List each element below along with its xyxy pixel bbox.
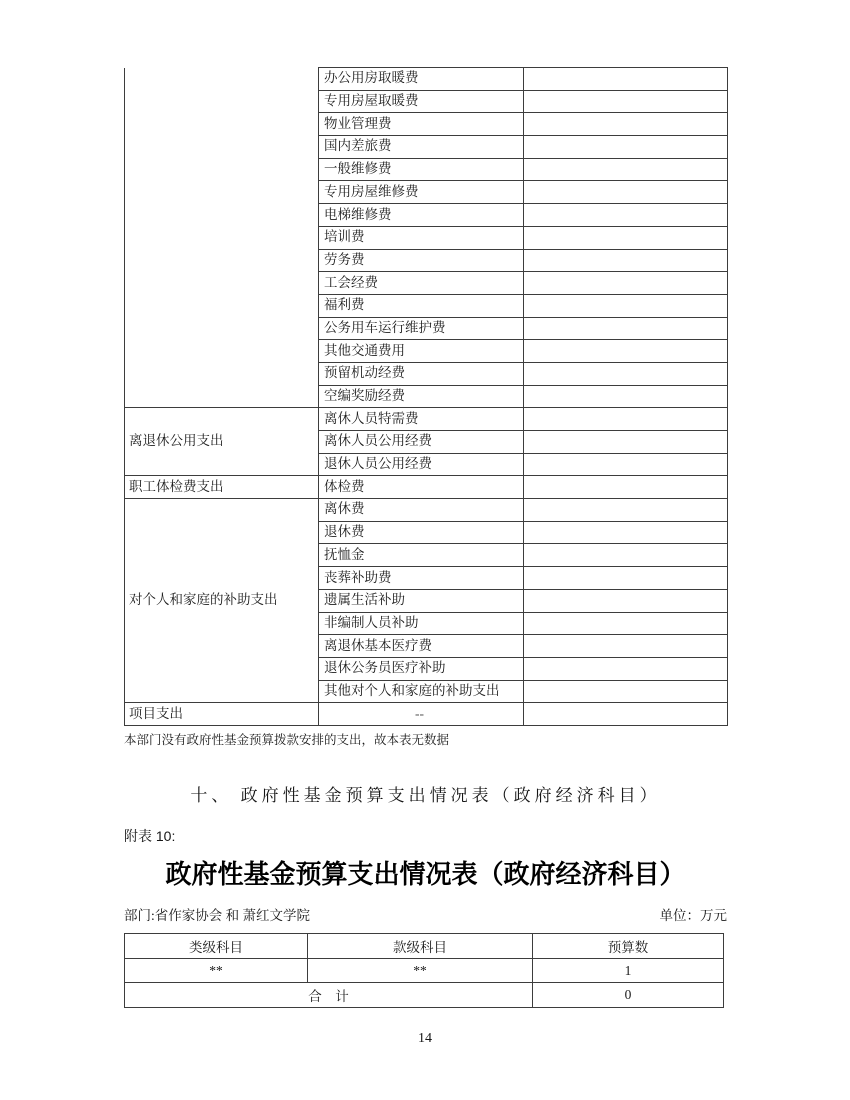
value-cell: [524, 544, 728, 567]
value-cell: [524, 294, 728, 317]
total-label-cell: 合 计: [125, 983, 533, 1008]
value-cell: [524, 249, 728, 272]
expense-continuation-table: 办公用房取暖费 专用房屋取暖费 物业管理费 国内差旅费 一般维修费 专用房屋维修…: [124, 67, 728, 726]
expense-item: 退休人员公用经费: [319, 453, 524, 476]
category-cell: [125, 68, 319, 408]
expense-item: 办公用房取暖费: [319, 68, 524, 91]
expense-item: 非编制人员补助: [319, 612, 524, 635]
expense-item: 空编奖励经费: [319, 385, 524, 408]
expense-item: 离退休基本医疗费: [319, 635, 524, 658]
class-subject-cell: **: [125, 958, 308, 983]
expense-item: 其他对个人和家庭的补助支出: [319, 680, 524, 703]
value-cell: [524, 385, 728, 408]
value-cell: [524, 340, 728, 363]
value-cell: [524, 113, 728, 136]
expense-item: 一般维修费: [319, 158, 524, 181]
budget-value-cell: 1: [533, 958, 724, 983]
table-row: 职工体检费支出 体检费: [125, 476, 728, 499]
expense-item: 丧葬补助费: [319, 567, 524, 590]
value-cell: [524, 68, 728, 91]
unit-label: 单位：万元: [660, 904, 728, 924]
expense-item: 工会经费: [319, 272, 524, 295]
table-header-row: 类级科目 款级科目 预算数: [125, 934, 724, 959]
expense-item: 专用房屋维修费: [319, 181, 524, 204]
value-cell: [524, 431, 728, 454]
expense-item: 抚恤金: [319, 544, 524, 567]
value-cell: [524, 181, 728, 204]
value-cell: [524, 226, 728, 249]
expense-item: 离休人员特需费: [319, 408, 524, 431]
column-header: 款级科目: [308, 934, 533, 959]
table-title: 政府性基金预算支出情况表（政府经济科目）: [124, 854, 727, 891]
value-cell: [524, 408, 728, 431]
expense-item: 公务用车运行维护费: [319, 317, 524, 340]
total-row: 合 计 0: [125, 983, 724, 1008]
category-cell: 对个人和家庭的补助支出: [125, 499, 319, 703]
column-header: 类级科目: [125, 934, 308, 959]
expense-item: 劳务费: [319, 249, 524, 272]
fund-budget-table: 类级科目 款级科目 预算数 ** ** 1 合 计 0: [124, 933, 724, 1008]
expense-item: 退休公务员医疗补助: [319, 657, 524, 680]
total-value-cell: 0: [533, 983, 724, 1008]
value-cell: [524, 680, 728, 703]
expense-item: 退休费: [319, 521, 524, 544]
expense-item: 遗属生活补助: [319, 589, 524, 612]
value-cell: [524, 476, 728, 499]
value-cell: [524, 158, 728, 181]
table-row: 离退休公用支出 离休人员特需费: [125, 408, 728, 431]
value-cell: [524, 453, 728, 476]
table-row: 对个人和家庭的补助支出 离休费: [125, 499, 728, 522]
value-cell: [524, 521, 728, 544]
value-cell: [524, 635, 728, 658]
table-row: ** ** 1: [125, 958, 724, 983]
value-cell: [524, 703, 728, 726]
no-data-note: 本部门没有政府性基金预算拨款安排的支出，故本表无数据: [124, 730, 449, 748]
expense-item: 电梯维修费: [319, 204, 524, 227]
department-label: 部门:省作家协会 和 萧红文学院: [124, 904, 310, 924]
expense-item: 预留机动经费: [319, 362, 524, 385]
expense-item: 福利费: [319, 294, 524, 317]
value-cell: [524, 204, 728, 227]
value-cell: [524, 90, 728, 113]
expense-item: --: [319, 703, 524, 726]
expense-item: 体检费: [319, 476, 524, 499]
item-subject-cell: **: [308, 958, 533, 983]
expense-item: 培训费: [319, 226, 524, 249]
value-cell: [524, 589, 728, 612]
expense-item: 离休费: [319, 499, 524, 522]
value-cell: [524, 657, 728, 680]
annex-label: 附表 10:: [124, 826, 175, 846]
value-cell: [524, 317, 728, 340]
expense-item: 专用房屋取暖费: [319, 90, 524, 113]
category-cell: 离退休公用支出: [125, 408, 319, 476]
expense-item: 国内差旅费: [319, 136, 524, 159]
value-cell: [524, 567, 728, 590]
document-page: 办公用房取暖费 专用房屋取暖费 物业管理费 国内差旅费 一般维修费 专用房屋维修…: [0, 0, 850, 1100]
table-row: 项目支出 --: [125, 703, 728, 726]
expense-item: 离休人员公用经费: [319, 431, 524, 454]
section-heading: 十、 政府性基金预算支出情况表（政府经济科目）: [124, 781, 727, 806]
table-row: 办公用房取暖费: [125, 68, 728, 91]
meta-line: 部门:省作家协会 和 萧红文学院 单位：万元: [124, 904, 727, 924]
value-cell: [524, 136, 728, 159]
column-header: 预算数: [533, 934, 724, 959]
category-cell: 项目支出: [125, 703, 319, 726]
value-cell: [524, 362, 728, 385]
value-cell: [524, 612, 728, 635]
page-number: 14: [0, 1031, 850, 1047]
category-cell: 职工体检费支出: [125, 476, 319, 499]
value-cell: [524, 272, 728, 295]
expense-item: 物业管理费: [319, 113, 524, 136]
expense-item: 其他交通费用: [319, 340, 524, 363]
value-cell: [524, 499, 728, 522]
